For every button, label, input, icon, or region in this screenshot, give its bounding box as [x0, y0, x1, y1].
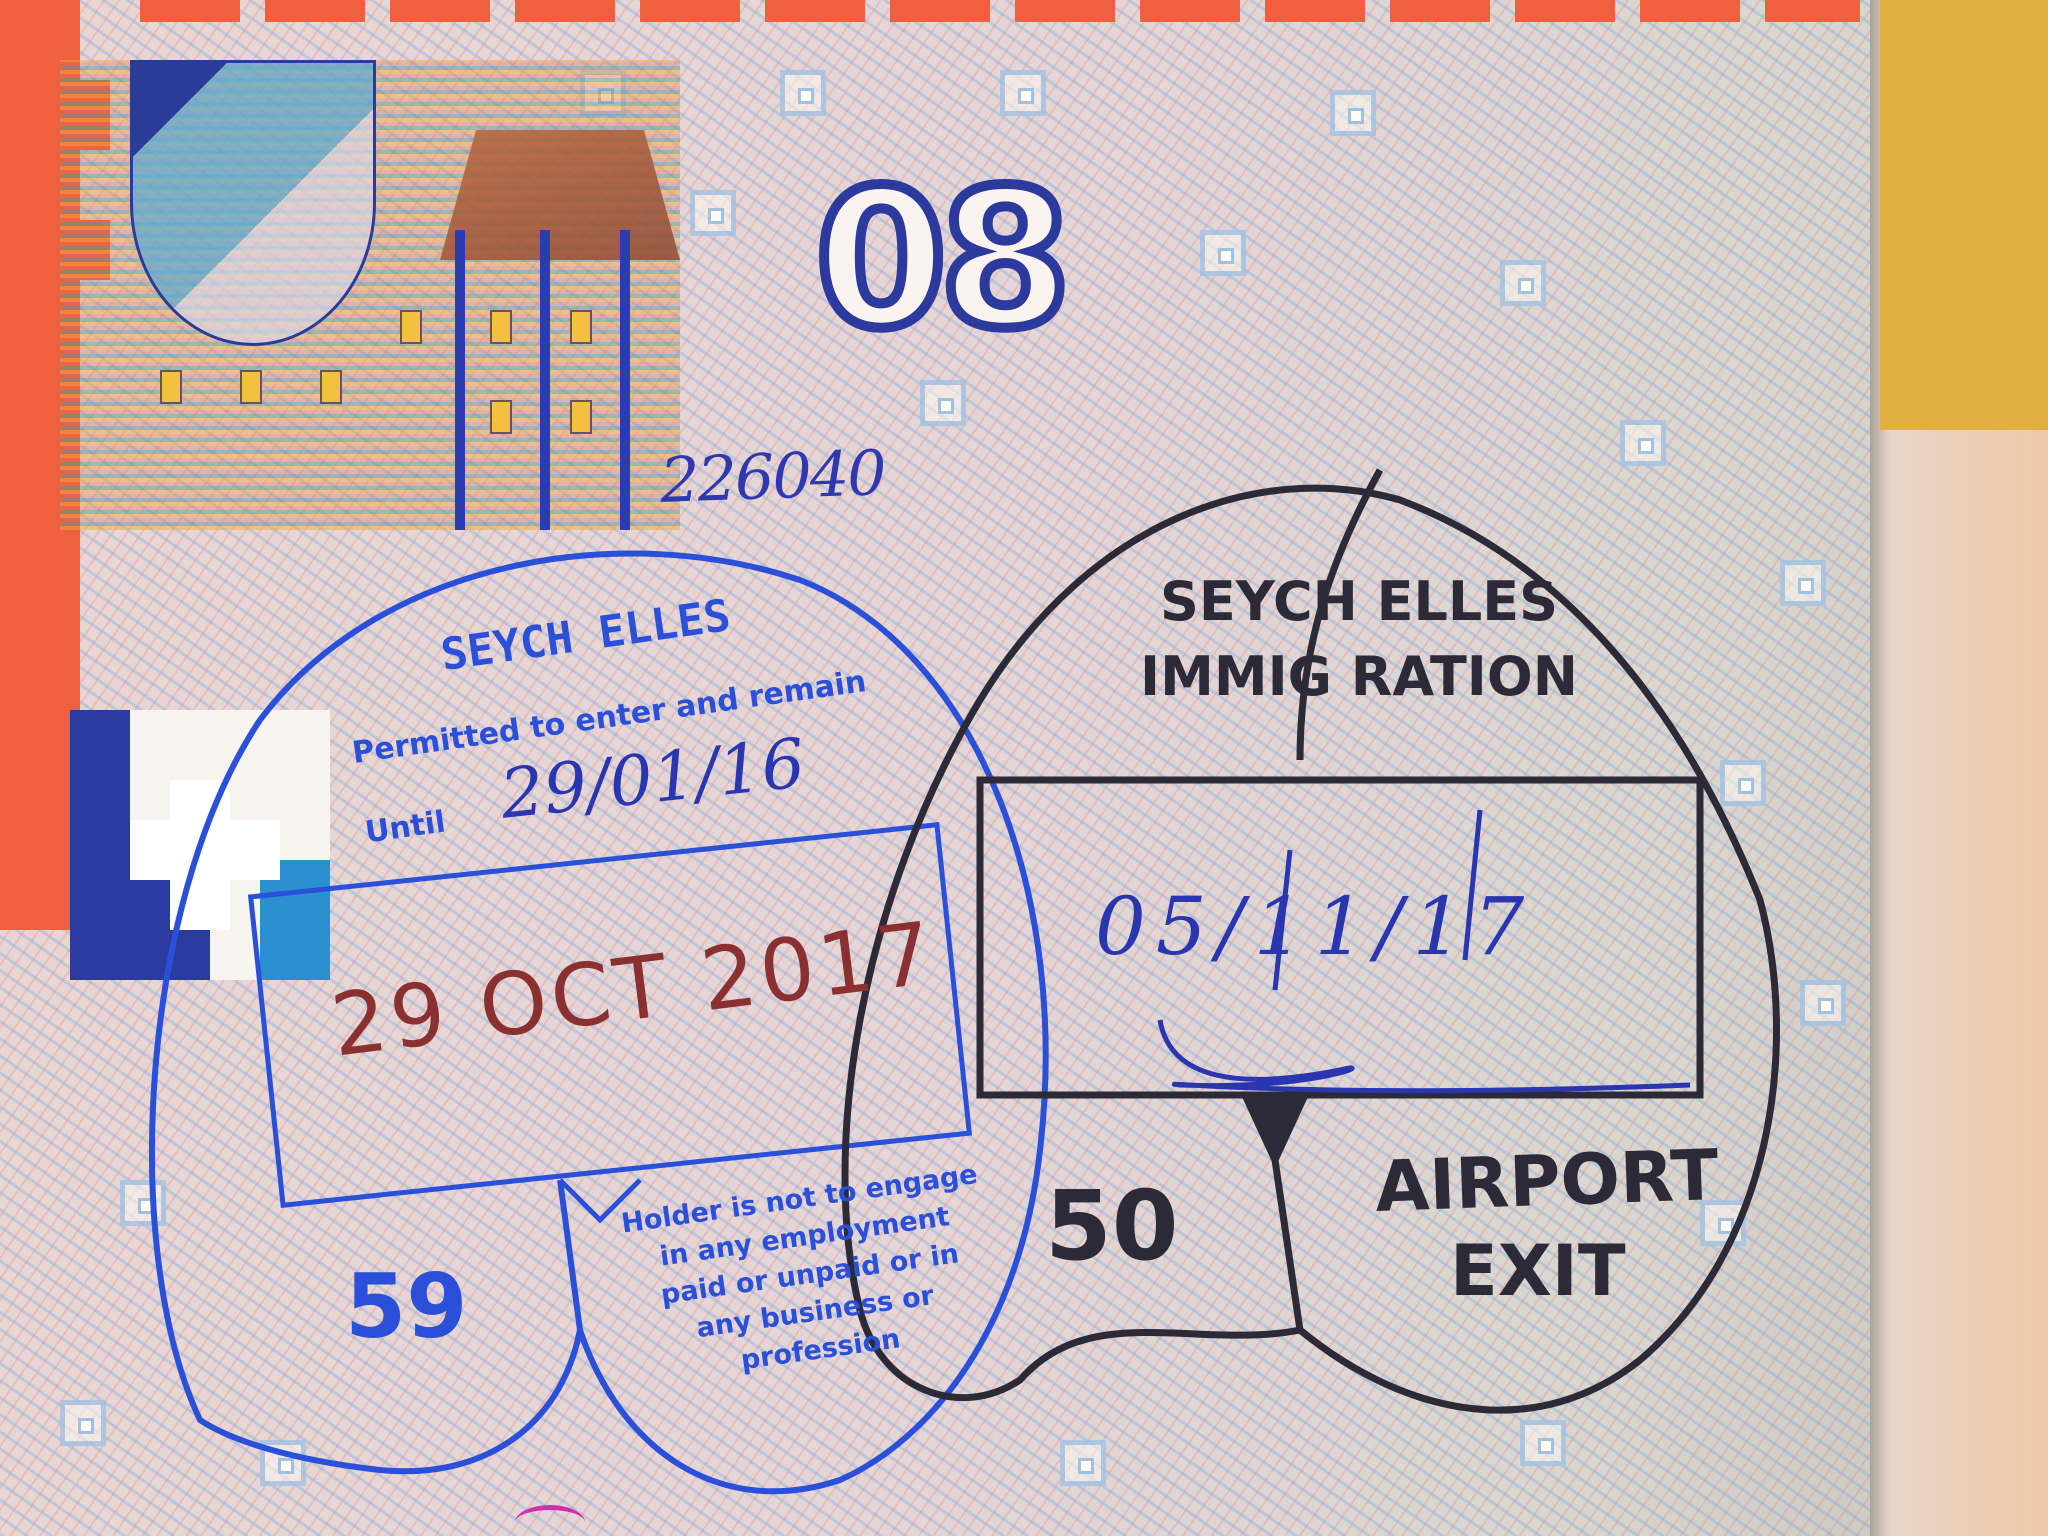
exit-port-line-2: EXIT	[1450, 1230, 1626, 1312]
exit-stamp-header-1: SEYCH ELLES	[1160, 570, 1558, 633]
exit-officer-number: 50	[1045, 1170, 1179, 1282]
pink-ink-mark	[515, 1505, 585, 1536]
exit-stamp-date: 05/11/17	[1095, 880, 1534, 973]
entry-officer-number: 59	[345, 1255, 467, 1358]
passport-page: 08 226040 SEYCH ELLES Permitted to enter…	[0, 0, 2048, 1536]
exit-port-line-1: AIRPORT	[1374, 1134, 1720, 1228]
exit-stamp-header-2: IMMIG RATION	[1140, 645, 1578, 708]
signature-scribble	[1160, 1020, 1690, 1091]
